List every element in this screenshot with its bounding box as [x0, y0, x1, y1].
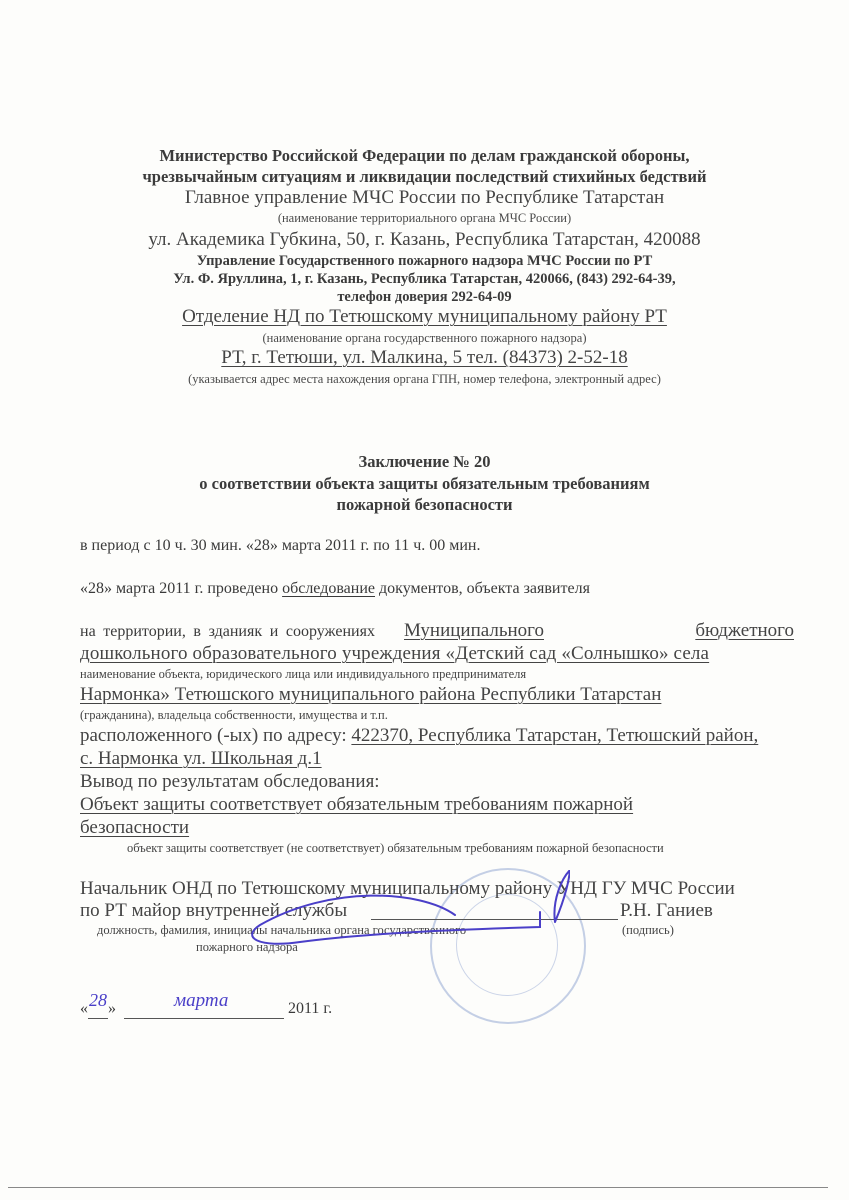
address-line-1: расположенного (-ых) по адресу: 422370, …	[80, 725, 758, 747]
department-caption: (наименование органа государственного по…	[0, 331, 849, 346]
close-quote: »	[108, 1000, 116, 1017]
main-directorate: Главное управление МЧС России по Республ…	[0, 187, 849, 209]
word: в	[193, 623, 201, 641]
word: и	[270, 623, 279, 641]
word: территории,	[103, 623, 186, 641]
address-line-2: с. Нармонка ул. Школьная д.1	[80, 748, 322, 770]
signature-caption-right: (подпись)	[622, 923, 674, 938]
department-name: Отделение НД по Тетюшскому муниципальном…	[0, 306, 849, 328]
hotline-phone: телефон доверия 292-64-09	[0, 289, 849, 306]
object-name-line-3: Нармонка» Тетюшского муниципального райо…	[80, 684, 661, 706]
territory-words: на территории, в зданияк и сооружениях	[80, 623, 375, 641]
ministry-line-1: Министерство Российской Федерации по дел…	[0, 146, 849, 166]
main-directorate-address: ул. Академика Губкина, 50, г. Казань, Ре…	[0, 229, 849, 251]
conclusion-number: Заключение № 20	[0, 452, 849, 472]
object-word: Муниципального	[404, 620, 544, 642]
handwritten-signature	[240, 870, 570, 960]
object-caption-2: (гражданина), владельца собственности, и…	[80, 708, 388, 723]
object-caption-1: наименование объекта, юридического лица …	[80, 667, 526, 682]
word: сооружениях	[286, 623, 375, 641]
survey-prefix: «28» марта 2011 г. проведено	[80, 580, 282, 597]
conclusion-title-line-2: о соответствии объекта защиты обязательн…	[0, 474, 849, 494]
conclusion-label: Вывод по результатам обследования:	[80, 771, 380, 793]
main-directorate-caption: (наименование территориального органа МЧ…	[0, 211, 849, 226]
fire-supervision-address: Ул. Ф. Яруллина, 1, г. Казань, Республик…	[0, 271, 849, 288]
object-word: бюджетного	[695, 620, 794, 642]
date-day-field: 28	[88, 1000, 108, 1019]
signatory-name: Р.Н. Ганиев	[620, 900, 713, 922]
survey-suffix: документов, объекта заявителя	[375, 580, 590, 597]
open-quote: «	[80, 1000, 88, 1017]
address-prefix: расположенного (-ых) по адресу:	[80, 725, 351, 746]
word: на	[80, 623, 96, 641]
conclusion-title-line-3: пожарной безопасности	[0, 495, 849, 515]
survey-statement: «28» марта 2011 г. проведено обследовани…	[80, 580, 590, 598]
fire-supervision-directorate: Управление Государственного пожарного на…	[0, 253, 849, 270]
conclusion-line-1: Объект защиты соответствует обязательным…	[80, 794, 633, 816]
conclusion-caption: объект защиты соответствует (не соответс…	[127, 841, 664, 856]
date-day: 28	[89, 990, 107, 1011]
department-address-caption: (указывается адрес места нахождения орга…	[0, 372, 849, 387]
date-line: «28 » марта 2011 г.	[80, 1000, 332, 1019]
department-address: РТ, г. Тетюши, ул. Малкина, 5 тел. (8437…	[0, 347, 849, 369]
page-edge-line	[8, 1187, 828, 1188]
conclusion-line-2: безопасности	[80, 817, 189, 839]
address-value: 422370, Республика Татарстан, Тетюшский …	[351, 725, 758, 746]
date-month-field: марта	[124, 1000, 284, 1019]
word: зданияк	[209, 623, 263, 641]
date-month: марта	[174, 990, 228, 1012]
ministry-line-2: чрезвычайным ситуациям и ликвидации посл…	[0, 167, 849, 187]
inspection-period: в период с 10 ч. 30 мин. «28» марта 2011…	[80, 537, 480, 555]
object-name-line-2: дошкольного образовательного учреждения …	[80, 643, 709, 665]
survey-type: обследование	[282, 580, 375, 597]
object-name-line-1: Муниципального бюджетного	[404, 620, 794, 642]
date-year: 2011 г.	[288, 1000, 332, 1017]
